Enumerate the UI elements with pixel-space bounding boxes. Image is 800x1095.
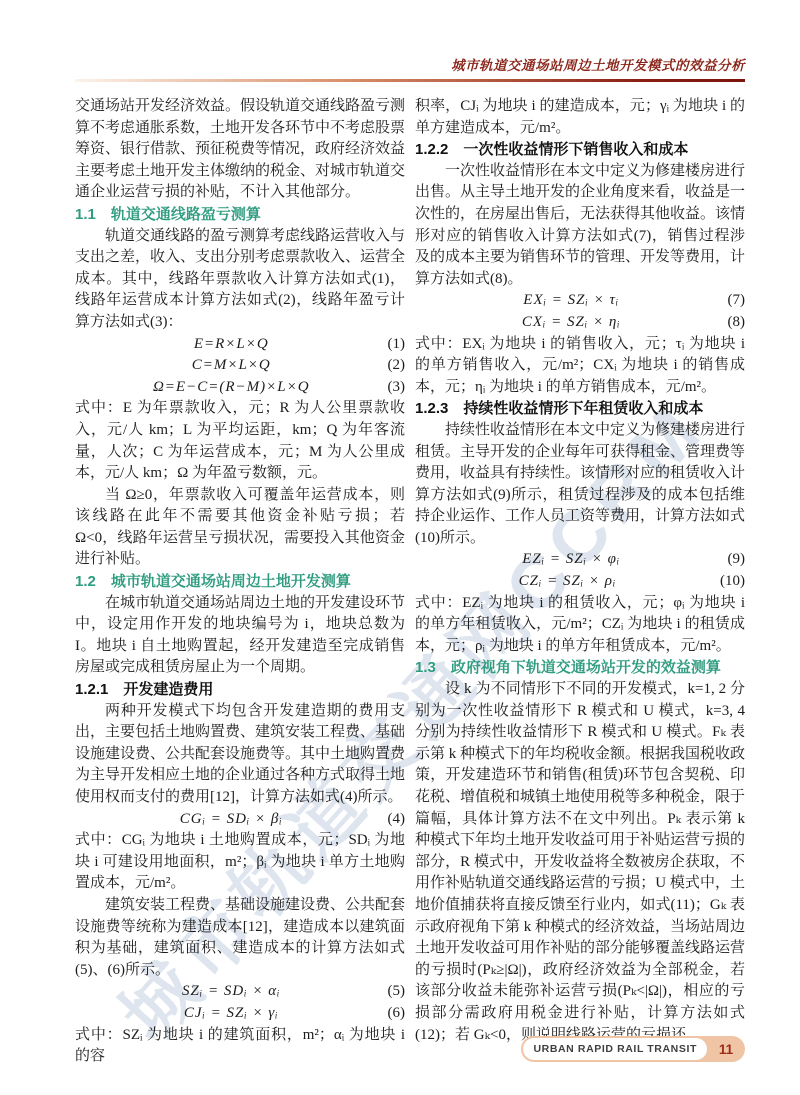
body-paragraph: 式中：E 为年票款收入，元；R 为人公里票款收入，元/人 km；L 为平均运距，… <box>75 398 405 484</box>
body-paragraph: 当 Ω≥0，年票款收入可覆盖年运营成本，则该线路在此年不需要其他资金补贴亏损；若… <box>75 485 405 571</box>
equation-body: EXᵢ = SZᵢ × τᵢ <box>415 290 728 312</box>
section-heading: 1.2 城市轨道交通场站周边土地开发测算 <box>75 571 405 593</box>
equation-body: SZᵢ = SDᵢ × αᵢ <box>75 981 388 1003</box>
body-paragraph: 式中：EZᵢ 为地块 i 的租赁收入，元；φᵢ 为地块 i 的单方年租赁收入，元… <box>415 593 745 658</box>
subsection-heading: 1.2.2 一次性收益情形下销售收入和成本 <box>415 139 745 161</box>
two-column-body: 交通场站开发经济效益。假设轨道交通线路盈亏测算不考虑通胀系数，土地开发各环节中不… <box>75 96 745 1068</box>
equation: CXᵢ = SZᵢ × ηᵢ(8) <box>415 312 745 334</box>
equation-number: (3) <box>388 377 406 399</box>
body-paragraph: 在城市轨道交通场站周边土地的开发建设环节中，设定用作开发的地块编号为 i，地块总… <box>75 593 405 679</box>
equation-body: CJᵢ = SZᵢ × γᵢ <box>75 1003 388 1025</box>
body-paragraph: 积率，CJᵢ 为地块 i 的建造成本，元；γᵢ 为地块 i 的单方建造成本，元/… <box>415 96 745 139</box>
header-divider-rule <box>75 79 745 82</box>
equation-number: (6) <box>388 1003 406 1025</box>
section-heading: 1.1 轨道交通线路盈亏测算 <box>75 204 405 226</box>
right-column: 积率，CJᵢ 为地块 i 的建造成本，元；γᵢ 为地块 i 的单方建造成本，元/… <box>415 96 745 1068</box>
running-header-title: 城市轨道交通场站周边土地开发模式的效益分析 <box>75 54 745 74</box>
page-number: 11 <box>707 1042 745 1057</box>
equation-number: (1) <box>388 334 406 356</box>
left-column: 交通场站开发经济效益。假设轨道交通线路盈亏测算不考虑通胀系数，土地开发各环节中不… <box>75 96 405 1068</box>
equation-body: CZᵢ = SZᵢ × ρᵢ <box>415 571 720 593</box>
body-paragraph: 式中：SZᵢ 为地块 i 的建筑面积，m²；αᵢ 为地块 i 的容 <box>75 1025 405 1068</box>
equation-number: (8) <box>728 312 746 334</box>
body-paragraph: 设 k 为不同情形下不同的开发模式，k=1, 2 分别为一次性收益情形下 R 模… <box>415 679 745 1046</box>
equation: CJᵢ = SZᵢ × γᵢ(6) <box>75 1003 405 1025</box>
subsection-heading: 1.2.1 开发建造费用 <box>75 679 405 701</box>
equation: CZᵢ = SZᵢ × ρᵢ(10) <box>415 571 745 593</box>
equation: Ω=E−C=(R−M)×L×Q(3) <box>75 377 405 399</box>
equation-body: CGᵢ = SDᵢ × βᵢ <box>75 809 388 831</box>
equation-number: (4) <box>388 809 406 831</box>
body-paragraph: 两种开发模式下均包含开发建造期的费用支出，主要包括土地购置费、建筑安装工程费、基… <box>75 701 405 809</box>
body-paragraph: 持续性收益情形在本文中定义为修建楼房进行租赁。主导开发的企业每年可获得租金、管理… <box>415 420 745 550</box>
equation: E=R×L×Q(1) <box>75 334 405 356</box>
footer-journal-badge: URBAN RAPID RAIL TRANSIT 11 <box>521 1036 745 1062</box>
equation: CGᵢ = SDᵢ × βᵢ(4) <box>75 809 405 831</box>
equation-body: E=R×L×Q <box>75 334 388 356</box>
section-heading: 1.3 政府视角下轨道交通场站开发的效益测算 <box>415 657 745 679</box>
equation: SZᵢ = SDᵢ × αᵢ(5) <box>75 981 405 1003</box>
equation: EZᵢ = SZᵢ × φᵢ(9) <box>415 549 745 571</box>
body-paragraph: 轨道交通线路的盈亏测算考虑线路运营收入与支出之差，收入、支出分别考虑票款收入、运… <box>75 226 405 334</box>
body-paragraph: 交通场站开发经济效益。假设轨道交通线路盈亏测算不考虑通胀系数，土地开发各环节中不… <box>75 96 405 204</box>
body-paragraph: 一次性收益情形在本文中定义为修建楼房进行出售。从主导土地开发的企业角度来看，收益… <box>415 161 745 291</box>
equation: EXᵢ = SZᵢ × τᵢ(7) <box>415 290 745 312</box>
body-paragraph: 式中：CGᵢ 为地块 i 土地购置成本，元；SDᵢ 为地块 i 可建设用地面积，… <box>75 830 405 895</box>
subsection-heading: 1.2.3 持续性收益情形下年租赁收入和成本 <box>415 398 745 420</box>
equation-body: C=M×L×Q <box>75 355 388 377</box>
equation-number: (10) <box>720 571 745 593</box>
equation-number: (5) <box>388 981 406 1003</box>
equation-body: EZᵢ = SZᵢ × φᵢ <box>415 549 728 571</box>
equation-number: (7) <box>728 290 746 312</box>
equation-body: CXᵢ = SZᵢ × ηᵢ <box>415 312 728 334</box>
equation-number: (2) <box>388 355 406 377</box>
equation-number: (9) <box>728 549 746 571</box>
equation: C=M×L×Q(2) <box>75 355 405 377</box>
paper-page: 城市轨道交通场站周边土地开发模式的效益分析 城市轨道交通网CCRM 交通场站开发… <box>0 0 800 1095</box>
body-paragraph: 式中：EXᵢ 为地块 i 的销售收入，元；τᵢ 为地块 i 的单方销售收入，元/… <box>415 334 745 399</box>
body-paragraph: 建筑安装工程费、基础设施建设费、公共配套设施费等统称为建造成本[12]，建造成本… <box>75 895 405 981</box>
journal-name-label: URBAN RAPID RAIL TRANSIT <box>523 1038 707 1060</box>
equation-body: Ω=E−C=(R−M)×L×Q <box>75 377 388 399</box>
